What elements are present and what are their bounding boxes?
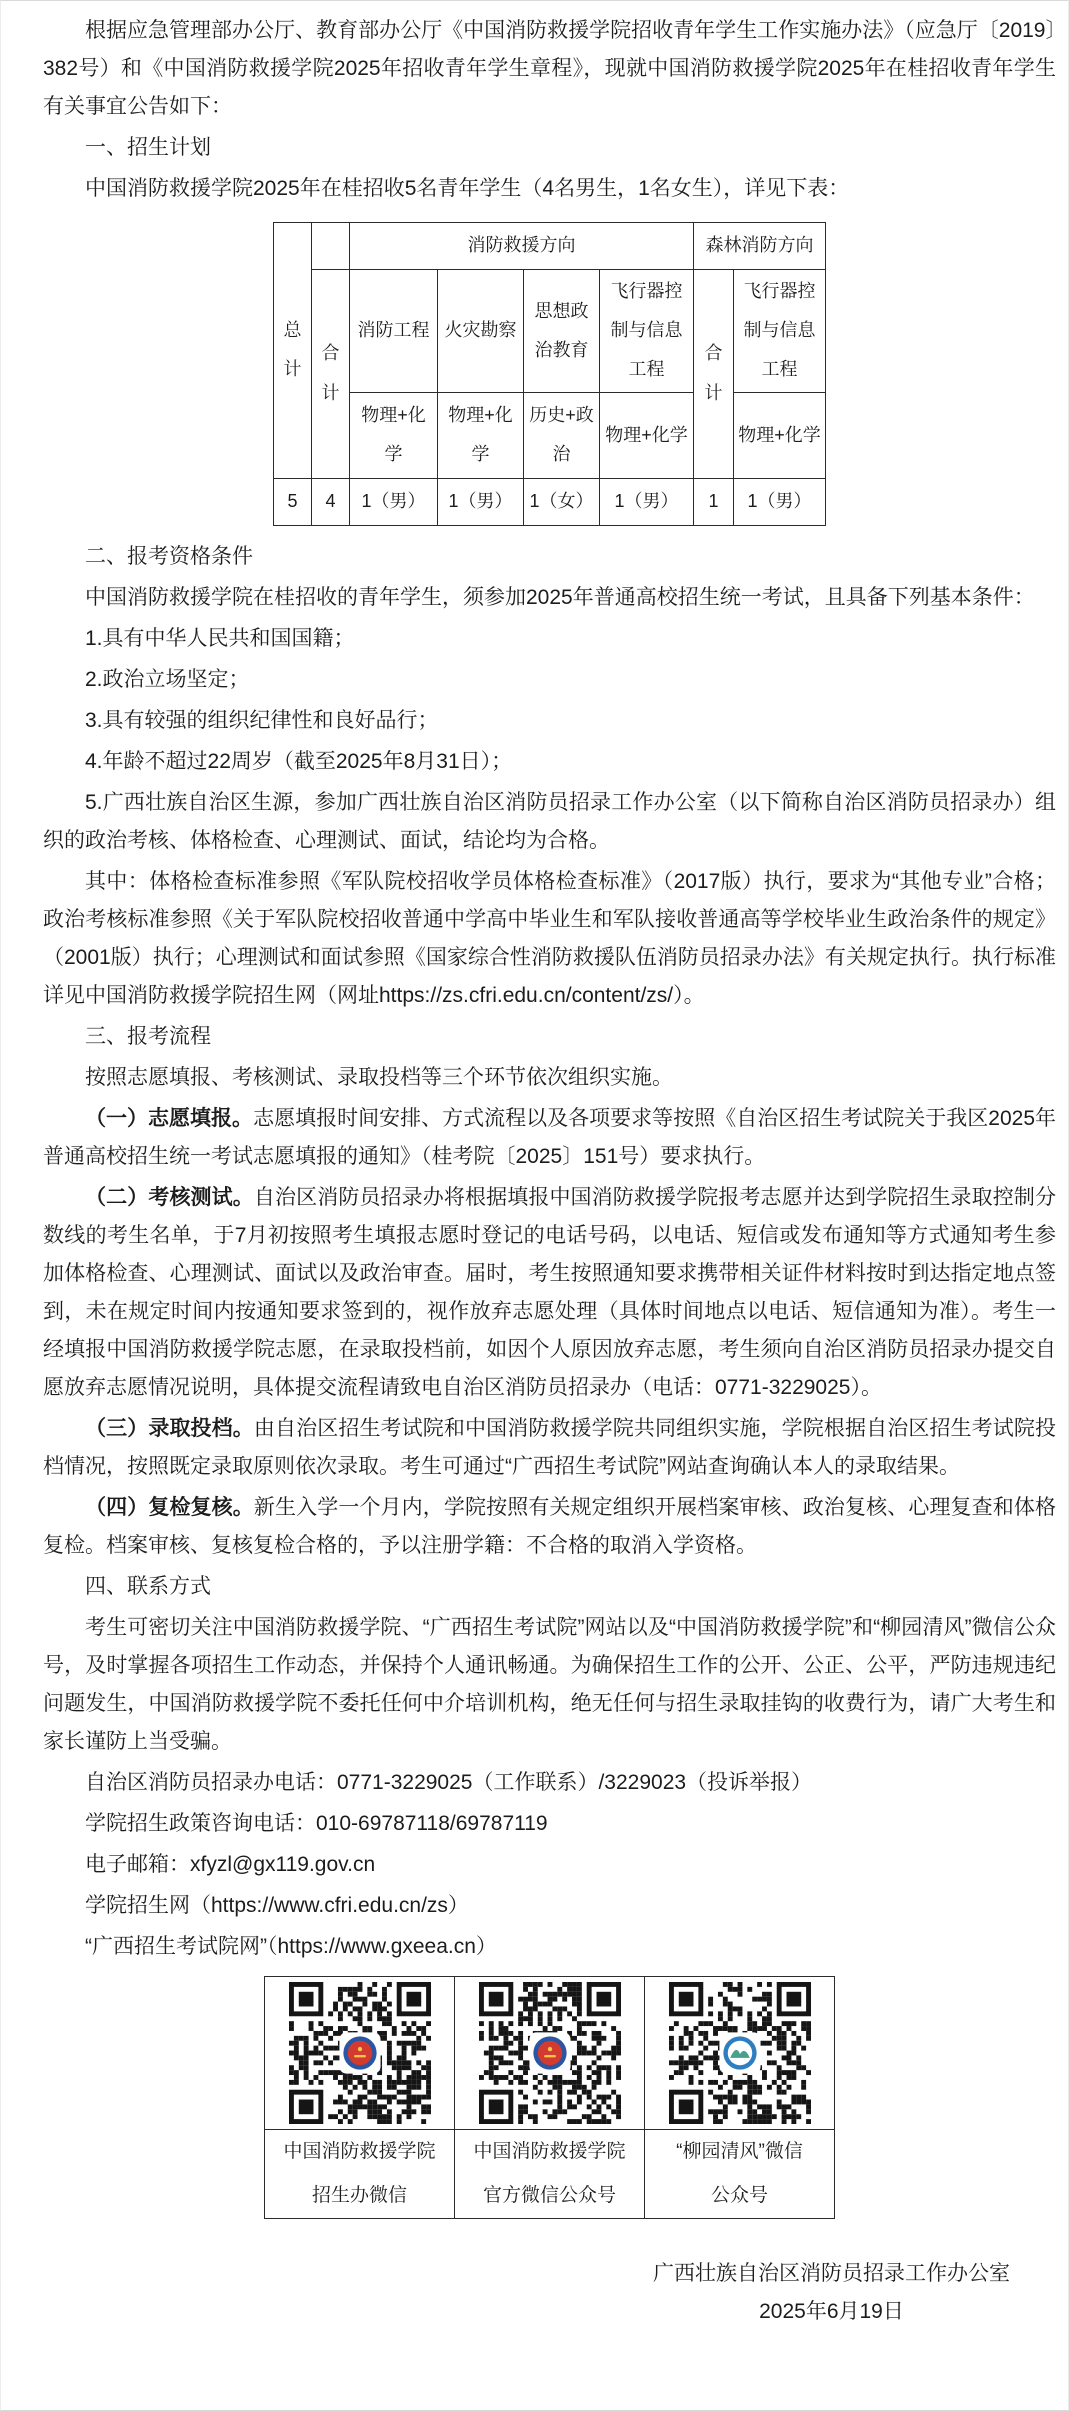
qr-cell-1 (265, 1976, 455, 2129)
plan-table-major-fire-investigation: 火灾勘察 (438, 270, 524, 393)
requirement-item: 1.具有中华人民共和国国籍； (43, 620, 1056, 658)
signature-block: 广西壮族自治区消防员招录工作办公室 2025年6月19日 (43, 2255, 1010, 2331)
qr-code-admissions-wechat (289, 1982, 431, 2124)
signature-date: 2025年6月19日 (653, 2293, 1010, 2331)
plan-table-total-header: 总计 (274, 223, 312, 479)
contact-intro-paragraph: 考生可密切关注中国消防救援学院、“广西招生考试院”网站以及“中国消防救援学院”和… (43, 1609, 1056, 1761)
plan-table-subjects-cell: 历史+政治 (524, 392, 600, 478)
plan-table-subtotal-fire-value: 4 (312, 478, 350, 525)
enrollment-plan-table: 总计 消防救援方向 森林消防方向 合计 消防工程 火灾勘察 思想政治教育 飞行器… (273, 222, 826, 526)
plan-table-count-cell: 1（男） (734, 478, 826, 525)
step-paragraph-3: （三）录取投档。由自治区招生考试院和中国消防救援学院共同组织实施，学院根据自治区… (43, 1410, 1056, 1486)
qr-caption-line: 中国消防救援学院 (455, 2130, 644, 2174)
qr-caption-3: “柳园清风”微信 公众号 (645, 2129, 835, 2218)
plan-table-subjects-cell: 物理+化学 (438, 392, 524, 478)
process-intro-paragraph: 按照志愿填报、考核测试、录取投档等三个环节依次组织实施。 (43, 1059, 1056, 1097)
standards-paragraph: 其中：体格检查标准参照《军队院校招收学员体格检查标准》（2017版）执行，要求为… (43, 863, 1056, 1015)
step-label: （一）志愿填报。 (85, 1107, 253, 1130)
plan-table-subtotal-forest-value: 1 (694, 478, 734, 525)
step-label: （三）录取投档。 (85, 1417, 254, 1440)
step-label: （二）考核测试。 (85, 1186, 254, 1209)
plan-table-subjects-cell: 物理+化学 (734, 392, 826, 478)
qr-caption-line: 中国消防救援学院 (265, 2130, 454, 2174)
requirement-item: 3.具有较强的组织纪律性和良好品行； (43, 702, 1056, 740)
plan-table-major-aircraft-control-forest: 飞行器控制与信息工程 (734, 270, 826, 393)
plan-table-count-cell: 1（男） (438, 478, 524, 525)
section-heading-2: 二、报考资格条件 (43, 538, 1056, 576)
qr-caption-line: 公众号 (645, 2174, 834, 2218)
plan-table-total-value: 5 (274, 478, 312, 525)
plan-table-direction-forest-fire: 森林消防方向 (694, 223, 826, 270)
signature-office: 广西壮族自治区消防员招录工作办公室 (653, 2255, 1010, 2293)
plan-summary-paragraph: 中国消防救援学院2025年在桂招收5名青年学生（4名男生，1名女生），详见下表： (43, 170, 1056, 208)
requirement-item: 4.年龄不超过22周岁（截至2025年8月31日）； (43, 743, 1056, 781)
plan-table-major-ideological-education: 思想政治教育 (524, 270, 600, 393)
section-heading-3: 三、报考流程 (43, 1018, 1056, 1056)
plan-table-count-cell: 1（女） (524, 478, 600, 525)
plan-table-subjects-cell: 物理+化学 (350, 392, 438, 478)
plan-table-subjects-cell: 物理+化学 (600, 392, 694, 478)
qr-caption-line: 官方微信公众号 (455, 2174, 644, 2218)
contact-line-email: 电子邮箱：xfyzl@gx119.gov.cn (43, 1846, 1056, 1884)
contact-line-gxeea-website: “广西招生考试院网”（https://www.gxeea.cn） (43, 1928, 1056, 1966)
plan-table-major-fire-engineering: 消防工程 (350, 270, 438, 393)
step-text: 自治区消防员招录办将根据填报中国消防救援学院报考志愿并达到学院招生录取控制分数线… (43, 1186, 1056, 1399)
section-heading-4: 四、联系方式 (43, 1568, 1056, 1606)
contact-line-college-website: 学院招生网（https://www.cfri.edu.cn/zs） (43, 1887, 1056, 1925)
qr-code-official-wechat (479, 1982, 621, 2124)
plan-table-count-cell: 1（男） (600, 478, 694, 525)
qr-caption-line: 招生办微信 (265, 2174, 454, 2218)
plan-table-empty-cell (312, 223, 350, 270)
requirement-item: 5.广西壮族自治区生源，参加广西壮族自治区消防员招录工作办公室（以下简称自治区消… (43, 784, 1056, 860)
qr-code-table: 中国消防救援学院 招生办微信 中国消防救援学院 官方微信公众号 “柳园清风”微信… (264, 1976, 835, 2219)
requirements-intro-paragraph: 中国消防救援学院在桂招收的青年学生，须参加2025年普通高校招生统一考试，且具备… (43, 579, 1056, 617)
qr-code-liuyuan-wechat (669, 1982, 811, 2124)
contact-line-phone-college: 学院招生政策咨询电话：010-69787118/69787119 (43, 1805, 1056, 1843)
step-label: （四）复检复核。 (85, 1496, 254, 1519)
plan-table-major-aircraft-control: 飞行器控制与信息工程 (600, 270, 694, 393)
step-paragraph-2: （二）考核测试。自治区消防员招录办将根据填报中国消防救援学院报考志愿并达到学院招… (43, 1179, 1056, 1407)
qr-cell-3 (645, 1976, 835, 2129)
announcement-document: 根据应急管理部办公厅、教育部办公厅《中国消防救援学院招收青年学生工作实施办法》（… (0, 0, 1069, 2411)
step-paragraph-1: （一）志愿填报。志愿填报时间安排、方式流程以及各项要求等按照《自治区招生考试院关… (43, 1100, 1056, 1176)
requirement-item: 2.政治立场坚定； (43, 661, 1056, 699)
intro-paragraph: 根据应急管理部办公厅、教育部办公厅《中国消防救援学院招收青年学生工作实施办法》（… (43, 12, 1056, 126)
qr-caption-2: 中国消防救援学院 官方微信公众号 (455, 2129, 645, 2218)
section-heading-1: 一、招生计划 (43, 129, 1056, 167)
plan-table-count-cell: 1（男） (350, 478, 438, 525)
plan-table-subtotal-header-forest: 合计 (694, 270, 734, 479)
plan-table-direction-fire-rescue: 消防救援方向 (350, 223, 694, 270)
contact-line-phone-recruit: 自治区消防员招录办电话：0771-3229025（工作联系）/3229023（投… (43, 1764, 1056, 1802)
step-paragraph-4: （四）复检复核。新生入学一个月内，学院按照有关规定组织开展档案审核、政治复核、心… (43, 1489, 1056, 1565)
qr-caption-1: 中国消防救援学院 招生办微信 (265, 2129, 455, 2218)
qr-caption-line: “柳园清风”微信 (645, 2130, 834, 2174)
plan-table-subtotal-header-fire: 合计 (312, 270, 350, 479)
qr-cell-2 (455, 1976, 645, 2129)
